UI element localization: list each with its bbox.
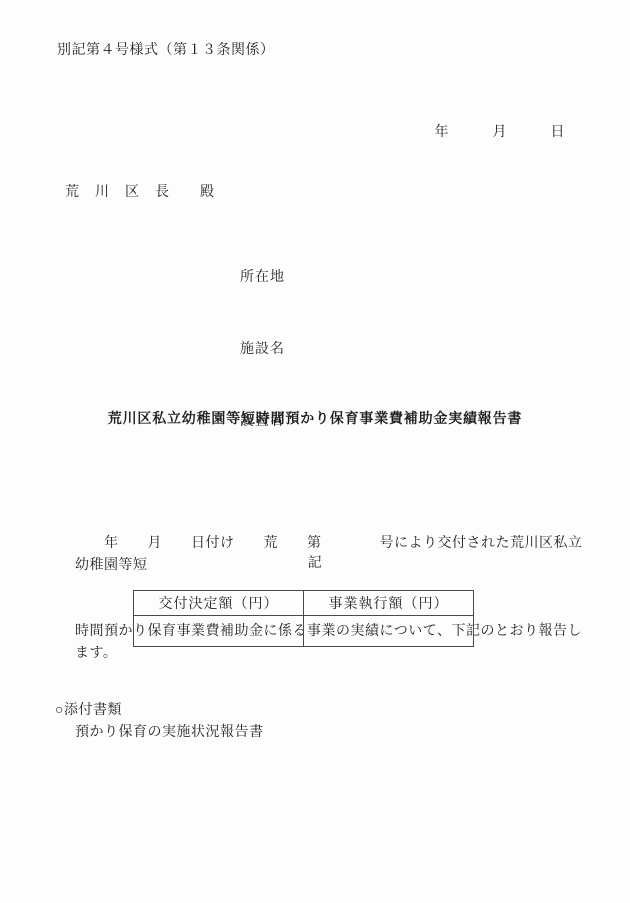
header-grant-decision-amount: 交付決定額（円）	[134, 591, 304, 616]
sender-field-address-label: 所在地	[240, 271, 285, 285]
date-line: 年 月 日	[435, 121, 566, 141]
cell-business-execution-amount	[304, 616, 474, 647]
document-title: 荒川区私立幼稚園等短時間預かり保育事業費補助金実績報告書	[0, 408, 630, 428]
header-business-execution-amount: 事業執行額（円）	[304, 591, 474, 616]
cell-grant-decision-amount	[134, 616, 304, 647]
amount-table: 交付決定額（円） 事業執行額（円）	[133, 590, 474, 647]
table-row	[134, 616, 474, 647]
attachments-heading: ○添付書類	[55, 699, 122, 719]
document-page: 別記第４号様式（第１３条関係） 年 月 日 荒 川 区 長 殿 所在地 施設名 …	[0, 0, 630, 903]
record-marker: 記	[0, 552, 630, 572]
attachment-item: 預かり保育の実施状況報告書	[75, 721, 264, 741]
form-number: 別記第４号様式（第１３条関係）	[57, 39, 275, 59]
sender-field-facility-name-label: 施設名	[240, 343, 285, 357]
sender-block: 所在地 施設名 設置者	[240, 239, 285, 487]
table-header-row: 交付決定額（円） 事業執行額（円）	[134, 591, 474, 616]
addressee-line: 荒 川 区 長 殿	[65, 181, 215, 201]
